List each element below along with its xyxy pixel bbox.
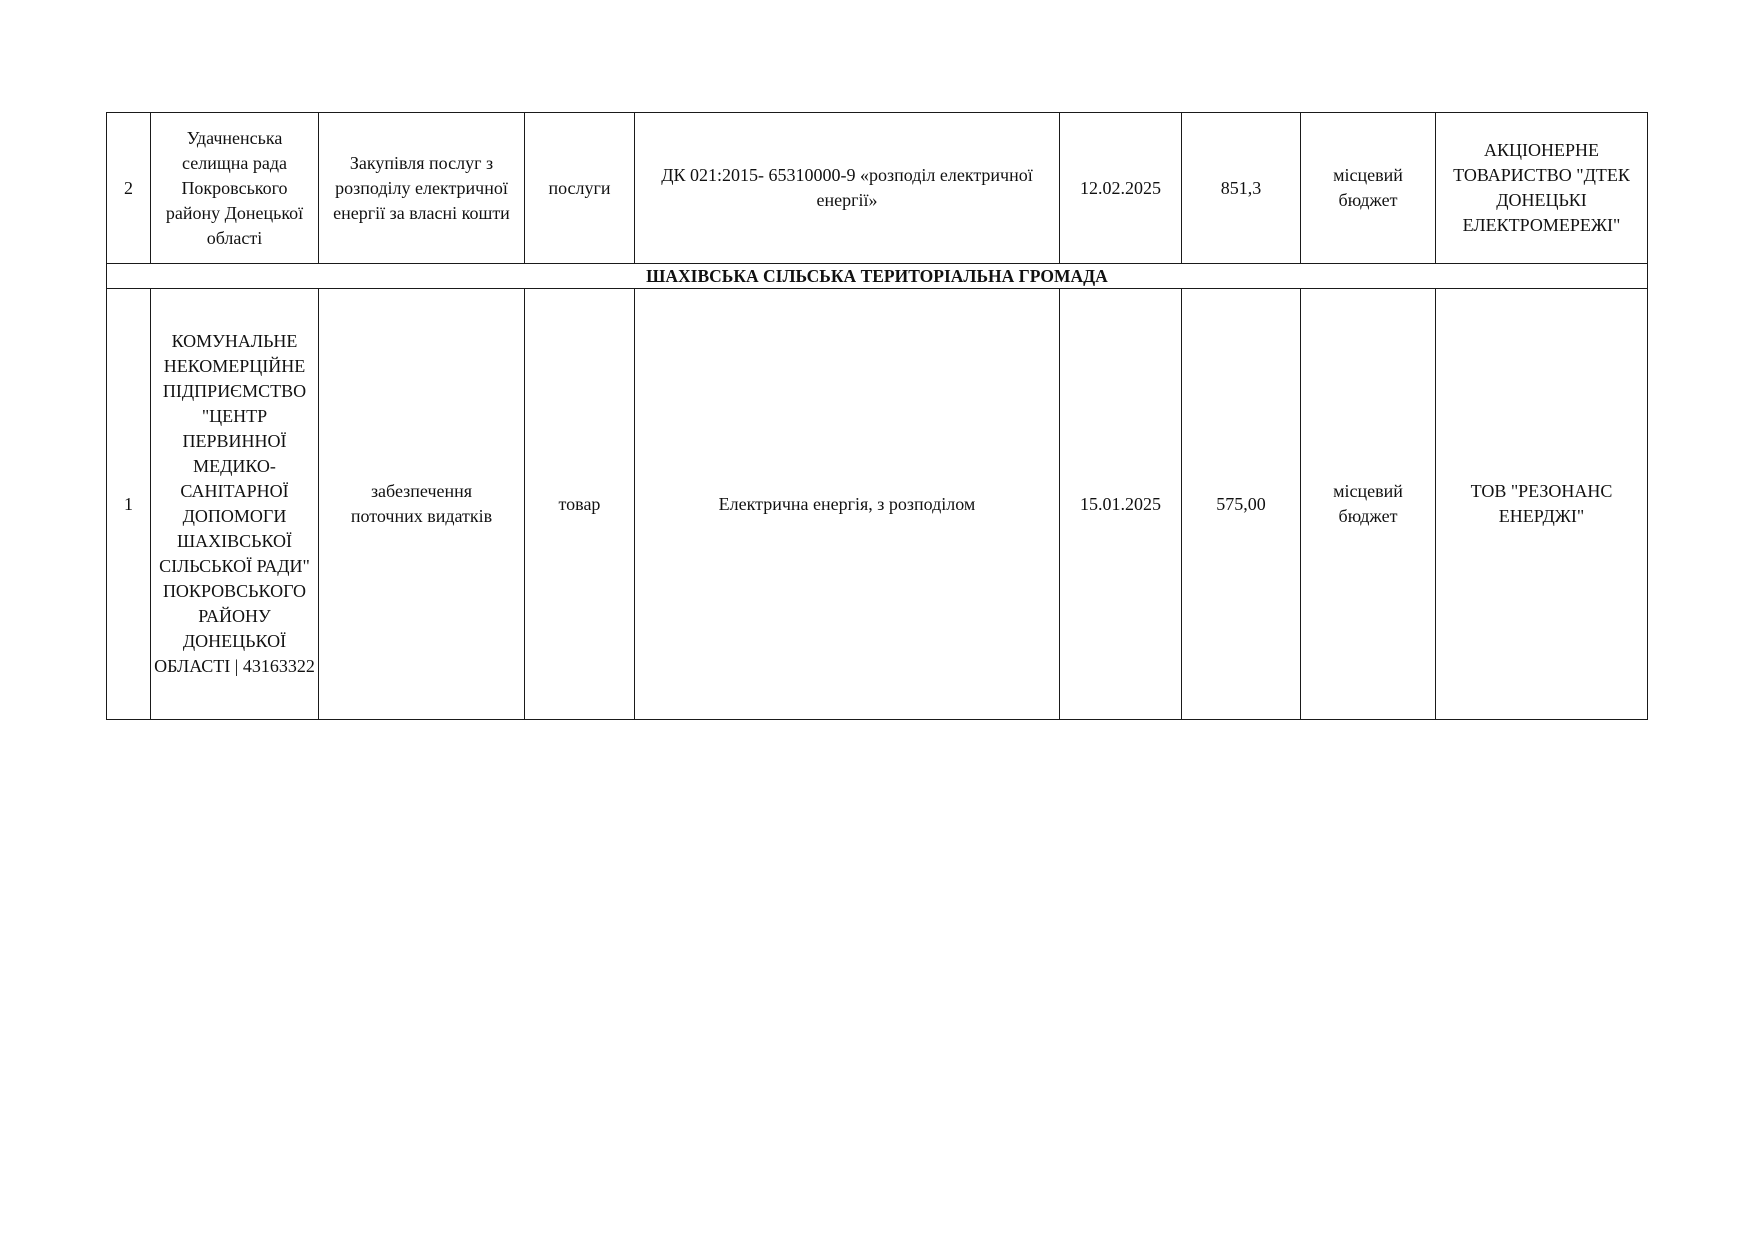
amount-cell: 851,3 bbox=[1182, 113, 1301, 264]
subject-cell: забезпечення поточних видатків bbox=[319, 289, 525, 720]
code-cell: Електрична енергія, з розподілом bbox=[635, 289, 1060, 720]
type-cell: товар bbox=[525, 289, 635, 720]
table-row: 1 КОМУНАЛЬНЕ НЕКОМЕРЦІЙНЕ ПІДПРИЄМСТВО "… bbox=[107, 289, 1648, 720]
table-row: 2 Удачненська селищна рада Покровського … bbox=[107, 113, 1648, 264]
section-title: ШАХІВСЬКА СІЛЬСЬКА ТЕРИТОРІАЛЬНА ГРОМАДА bbox=[107, 264, 1648, 289]
date-cell: 15.01.2025 bbox=[1060, 289, 1182, 720]
customer-cell: Удачненська селищна рада Покровського ра… bbox=[151, 113, 319, 264]
date-cell: 12.02.2025 bbox=[1060, 113, 1182, 264]
type-cell: послуги bbox=[525, 113, 635, 264]
funding-cell: місцевий бюджет bbox=[1301, 113, 1436, 264]
section-row: ШАХІВСЬКА СІЛЬСЬКА ТЕРИТОРІАЛЬНА ГРОМАДА bbox=[107, 264, 1648, 289]
supplier-cell: ТОВ "РЕЗОНАНС ЕНЕРДЖІ" bbox=[1436, 289, 1648, 720]
subject-cell: Закупівля послуг з розподілу електричної… bbox=[319, 113, 525, 264]
funding-cell: місцевий бюджет bbox=[1301, 289, 1436, 720]
row-index: 1 bbox=[107, 289, 151, 720]
customer-cell: КОМУНАЛЬНЕ НЕКОМЕРЦІЙНЕ ПІДПРИЄМСТВО "ЦЕ… bbox=[151, 289, 319, 720]
procurement-table: 2 Удачненська селищна рада Покровського … bbox=[106, 112, 1648, 720]
code-cell: ДК 021:2015- 65310000-9 «розподіл електр… bbox=[635, 113, 1060, 264]
amount-cell: 575,00 bbox=[1182, 289, 1301, 720]
supplier-cell: АКЦІОНЕРНЕ ТОВАРИСТВО "ДТЕК ДОНЕЦЬКІ ЕЛЕ… bbox=[1436, 113, 1648, 264]
row-index: 2 bbox=[107, 113, 151, 264]
